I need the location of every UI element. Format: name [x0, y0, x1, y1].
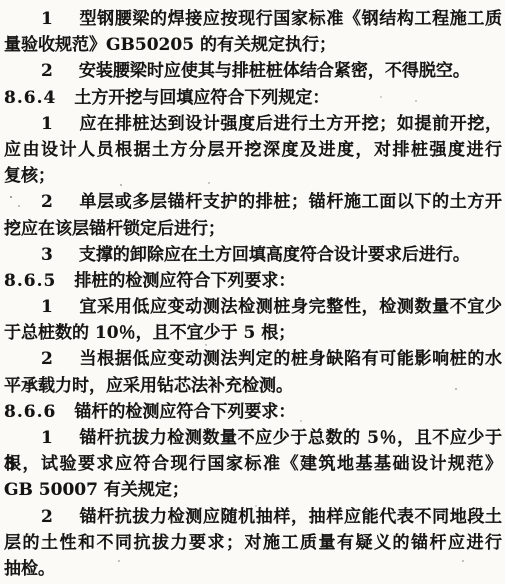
section-heading-8-6-6: 8.6.6锚杆的检测应符合下列要求： [4, 399, 502, 425]
doc-line: 1应在排桩达到设计强度后进行土方开挖；如提前开挖， [4, 111, 502, 137]
doc-line: 2锚杆抗拔力检测应随机抽样，抽样应能代表不同地段土 [4, 504, 502, 530]
item-number: 1 [41, 294, 53, 320]
item-number: 1 [41, 111, 53, 137]
doc-line: 层的土性和不同抗拔力要求；对施工质量有疑义的锚杆应进行 [4, 530, 502, 556]
line-text: 支撑的卸除应在土方回填高度符合设计要求后进行。 [79, 245, 470, 265]
section-title: 排桩的检测应符合下列要求： [74, 271, 295, 291]
line-text: 应由设计人员根据土方分层开挖深度及进度，对排桩强度进行 [4, 140, 502, 160]
doc-line: 挖应在该层锚杆锁定后进行； [4, 216, 502, 242]
doc-line: GB 50007 有关规定； [4, 477, 502, 503]
line-text: 量验收规范》GB50205 的有关规定执行； [4, 35, 336, 55]
line-text: 单层或多层锚杆支护的排桩；锚杆施工面以下的土方开 [79, 192, 502, 212]
doc-line: 2当根据低应变动测法判定的桩身缺陷有可能影响桩的水 [4, 346, 502, 372]
item-number: 2 [41, 346, 53, 372]
section-heading-8-6-4: 8.6.4土方开挖与回填应符合下列规定： [4, 85, 502, 111]
item-number: 1 [41, 6, 53, 32]
doc-line: 平承载力时，应采用钻芯法补充检测。 [4, 373, 502, 399]
section-title: 锚杆的检测应符合下列要求： [74, 402, 295, 422]
item-number: 2 [41, 58, 53, 84]
line-text: 层的土性和不同抗拔力要求；对施工质量有疑义的锚杆应进行 [4, 533, 502, 553]
doc-line: 2安装腰梁时应使其与排桩桩体结合紧密，不得脱空。 [4, 58, 502, 84]
doc-line: 1锚杆抗拔力检测数量不应少于总数的 5％，且不应少于 3 [4, 425, 502, 451]
doc-line: 根，试验要求应符合现行国家标准《建筑地基基础设计规范》 [4, 451, 502, 477]
line-text: 锚杆抗拔力检测应随机抽样，抽样应能代表不同地段土 [79, 507, 502, 527]
doc-line: 2单层或多层锚杆支护的排桩；锚杆施工面以下的土方开 [4, 189, 502, 215]
line-text: GB 50007 有关规定； [4, 480, 189, 500]
doc-line: 抽检。 [4, 556, 502, 582]
line-text: 于总桩数的 10％，且不宜少于 5 根； [4, 323, 295, 343]
line-text: 复核； [4, 166, 55, 186]
section-number: 8.6.6 [4, 399, 56, 425]
line-text: 宜采用低应变动测法检测桩身完整性，检测数量不宜少 [79, 297, 502, 317]
section-heading-8-6-5: 8.6.5排桩的检测应符合下列要求： [4, 268, 502, 294]
item-number: 2 [41, 504, 53, 530]
section-title: 土方开挖与回填应符合下列规定： [74, 88, 329, 108]
doc-line: 1宜采用低应变动测法检测桩身完整性，检测数量不宜少 [4, 294, 502, 320]
line-text: 安装腰梁时应使其与排桩桩体结合紧密，不得脱空。 [79, 61, 470, 81]
item-number: 3 [41, 242, 53, 268]
section-number: 8.6.4 [4, 85, 56, 111]
section-number: 8.6.5 [4, 268, 56, 294]
scan-noise-specks [0, 0, 2, 2]
item-number: 1 [41, 425, 53, 451]
line-text: 根，试验要求应符合现行国家标准《建筑地基基础设计规范》 [4, 454, 502, 474]
doc-line: 3支撑的卸除应在土方回填高度符合设计要求后进行。 [4, 242, 502, 268]
line-text: 抽检。 [4, 559, 55, 579]
line-text: 挖应在该层锚杆锁定后进行； [4, 219, 225, 239]
line-text: 当根据低应变动测法判定的桩身缺陷有可能影响桩的水 [79, 349, 502, 369]
line-text: 平承载力时，应采用钻芯法补充检测。 [4, 376, 293, 396]
doc-line: 应由设计人员根据土方分层开挖深度及进度，对排桩强度进行 [4, 137, 502, 163]
doc-line: 量验收规范》GB50205 的有关规定执行； [4, 32, 502, 58]
line-text: 应在排桩达到设计强度后进行土方开挖；如提前开挖， [79, 114, 502, 134]
doc-line: 复核； [4, 163, 502, 189]
document-page: 1型钢腰梁的焊接应按现行国家标准《钢结构工程施工质 量验收规范》GB50205 … [0, 0, 505, 584]
item-number: 2 [41, 189, 53, 215]
doc-line: 于总桩数的 10％，且不宜少于 5 根； [4, 320, 502, 346]
doc-line: 1型钢腰梁的焊接应按现行国家标准《钢结构工程施工质 [4, 6, 502, 32]
line-text: 型钢腰梁的焊接应按现行国家标准《钢结构工程施工质 [79, 9, 502, 29]
